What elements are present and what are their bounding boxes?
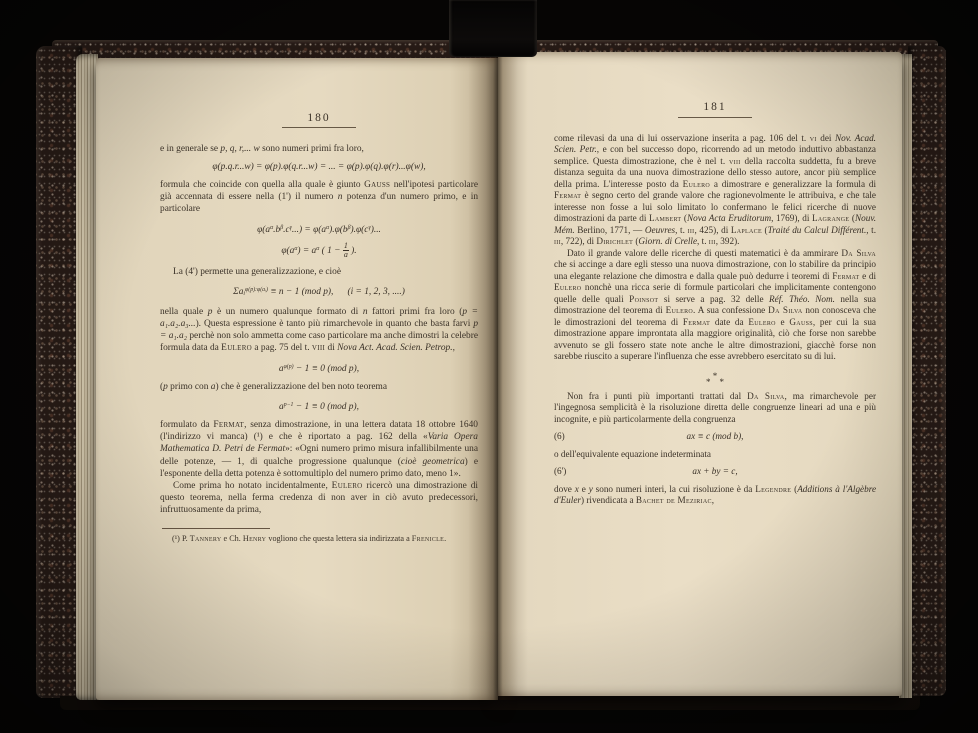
formula: φ(aα.bβ.cγ...) = φ(aα).φ(bβ).φ(cγ)... [160, 222, 478, 236]
formula: Σaiφ(p):φ(aᵢ) ≡ n − 1 (mod p), (i = 1, 2… [160, 284, 478, 300]
binding-clamp [449, 0, 537, 57]
paragraph: nella quale p è un numero qualunque form… [160, 306, 478, 354]
book-page-right: 181 come rilevasi da una di lui osservaz… [498, 52, 902, 696]
formula: ap−1 − 1 ≡ 0 (mod p), [160, 399, 478, 413]
paragraph: formulato da Fermat, senza dimostrazione… [160, 419, 478, 479]
paragraph: La (4') permette una generalizzazione, e… [160, 266, 478, 278]
paragraph: Non fra i punti più importanti trattati … [554, 391, 876, 426]
page-stack-left-edge [76, 54, 98, 700]
paragraph: e in generale se p, q, r,... w sono nume… [160, 143, 478, 155]
book-page-left: 180 e in generale se p, q, r,... w sono … [96, 58, 498, 700]
page-header: 181 [554, 102, 876, 118]
formula: φ(aα) = aα ( 1 − 1a ). [160, 242, 478, 260]
book-cover-right [908, 46, 946, 696]
formula-label: (6) [554, 431, 565, 443]
open-book-photo: 180 e in generale se p, q, r,... w sono … [0, 0, 978, 733]
page-180-blocks: e in generale se p, q, r,... w sono nume… [160, 143, 478, 544]
asterism-separator: ** * [554, 373, 876, 385]
footnote-rule [162, 528, 270, 529]
footnote: (¹) P. Tannery e Ch. Henry vogliono che … [160, 528, 478, 544]
formula-label: (6') [554, 466, 566, 478]
page-number-left: 180 [282, 112, 355, 128]
page-181-text-column: 181 come rilevasi da una di lui osservaz… [554, 102, 876, 507]
paragraph: (p primo con a) che è generalizzazione d… [160, 381, 478, 393]
paragraph: come rilevasi da una di lui osservazione… [554, 133, 876, 248]
paragraph: dove x e y sono numeri interi, la cui ri… [554, 484, 876, 507]
page-181-blocks: come rilevasi da una di lui osservazione… [554, 133, 876, 507]
page-180-text-column: 180 e in generale se p, q, r,... w sono … [160, 112, 478, 544]
paragraph: Come prima ho notato incidentalmente, Eu… [160, 480, 478, 516]
paragraph: o dell'equivalente equazione indetermina… [554, 449, 876, 461]
formula: (6')ax + by = c, [554, 466, 876, 478]
footnote-text: (¹) P. Tannery e Ch. Henry vogliono che … [160, 534, 478, 544]
formula: φ(p.q.r...w) = φ(p).φ(q.r...w) = ... = φ… [160, 161, 478, 173]
formula: (6)ax ≡ c (mod b), [554, 431, 876, 443]
page-number-right: 181 [678, 102, 751, 118]
formula: aφ(p) − 1 ≡ 0 (mod p), [160, 361, 478, 375]
paragraph: Dato il grande valore delle ricerche di … [554, 248, 876, 363]
page-header: 180 [160, 112, 478, 128]
paragraph: formula che coincide con quella alla qua… [160, 179, 478, 215]
